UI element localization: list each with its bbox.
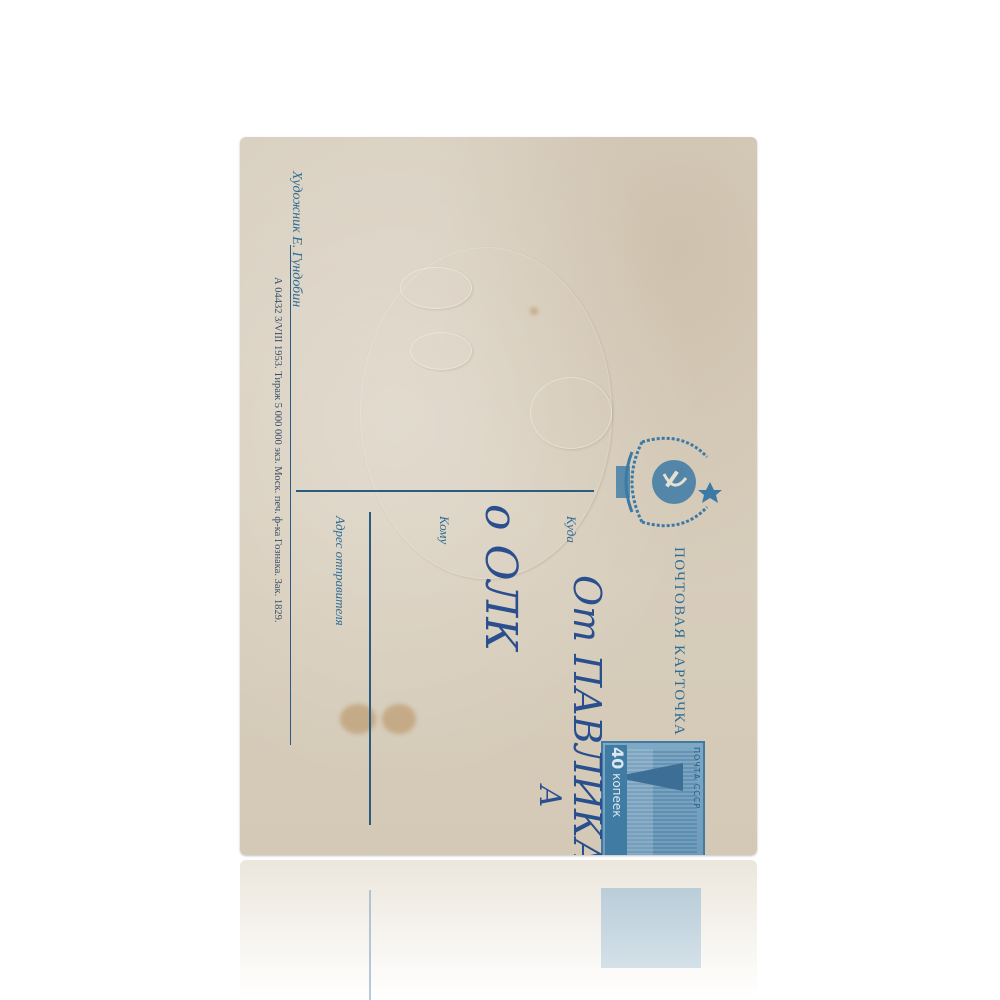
stamp-reflection [601, 888, 701, 968]
handwriting-to: о ОЛК [475, 504, 526, 651]
label-where: Куда [563, 516, 579, 543]
print-info: А 04432 3/VIII 1953. Тираж 5 000 000 экз… [272, 277, 283, 623]
postcard: Художник Е. Гундобин А 04432 3/VIII 1953… [240, 137, 757, 855]
handwriting-from-extra: А [532, 785, 567, 808]
label-whom: Кому [436, 516, 452, 544]
ussr-emblem-icon [612, 432, 724, 532]
stain [382, 704, 416, 734]
postcard-title: ПОЧТОВАЯ КАРТОЧКА [670, 547, 687, 736]
card-reflection [240, 860, 757, 1000]
stain [530, 307, 538, 315]
postage-stamp: 40 копеек ПОЧТА СССР [601, 741, 705, 855]
line-reflection [369, 890, 371, 1000]
stamp-country: ПОЧТА СССР [692, 747, 701, 809]
label-sender-address: Адрес отправителя [332, 516, 348, 626]
divider-line-horizontal [296, 490, 594, 492]
divider-line-left [290, 245, 291, 745]
stamp-value-number: 40 [608, 747, 627, 769]
divider-line-vertical [369, 512, 371, 825]
stamp-value-unit: копеек [610, 773, 624, 817]
handwriting-from: От ПАВЛИКА [565, 575, 609, 855]
